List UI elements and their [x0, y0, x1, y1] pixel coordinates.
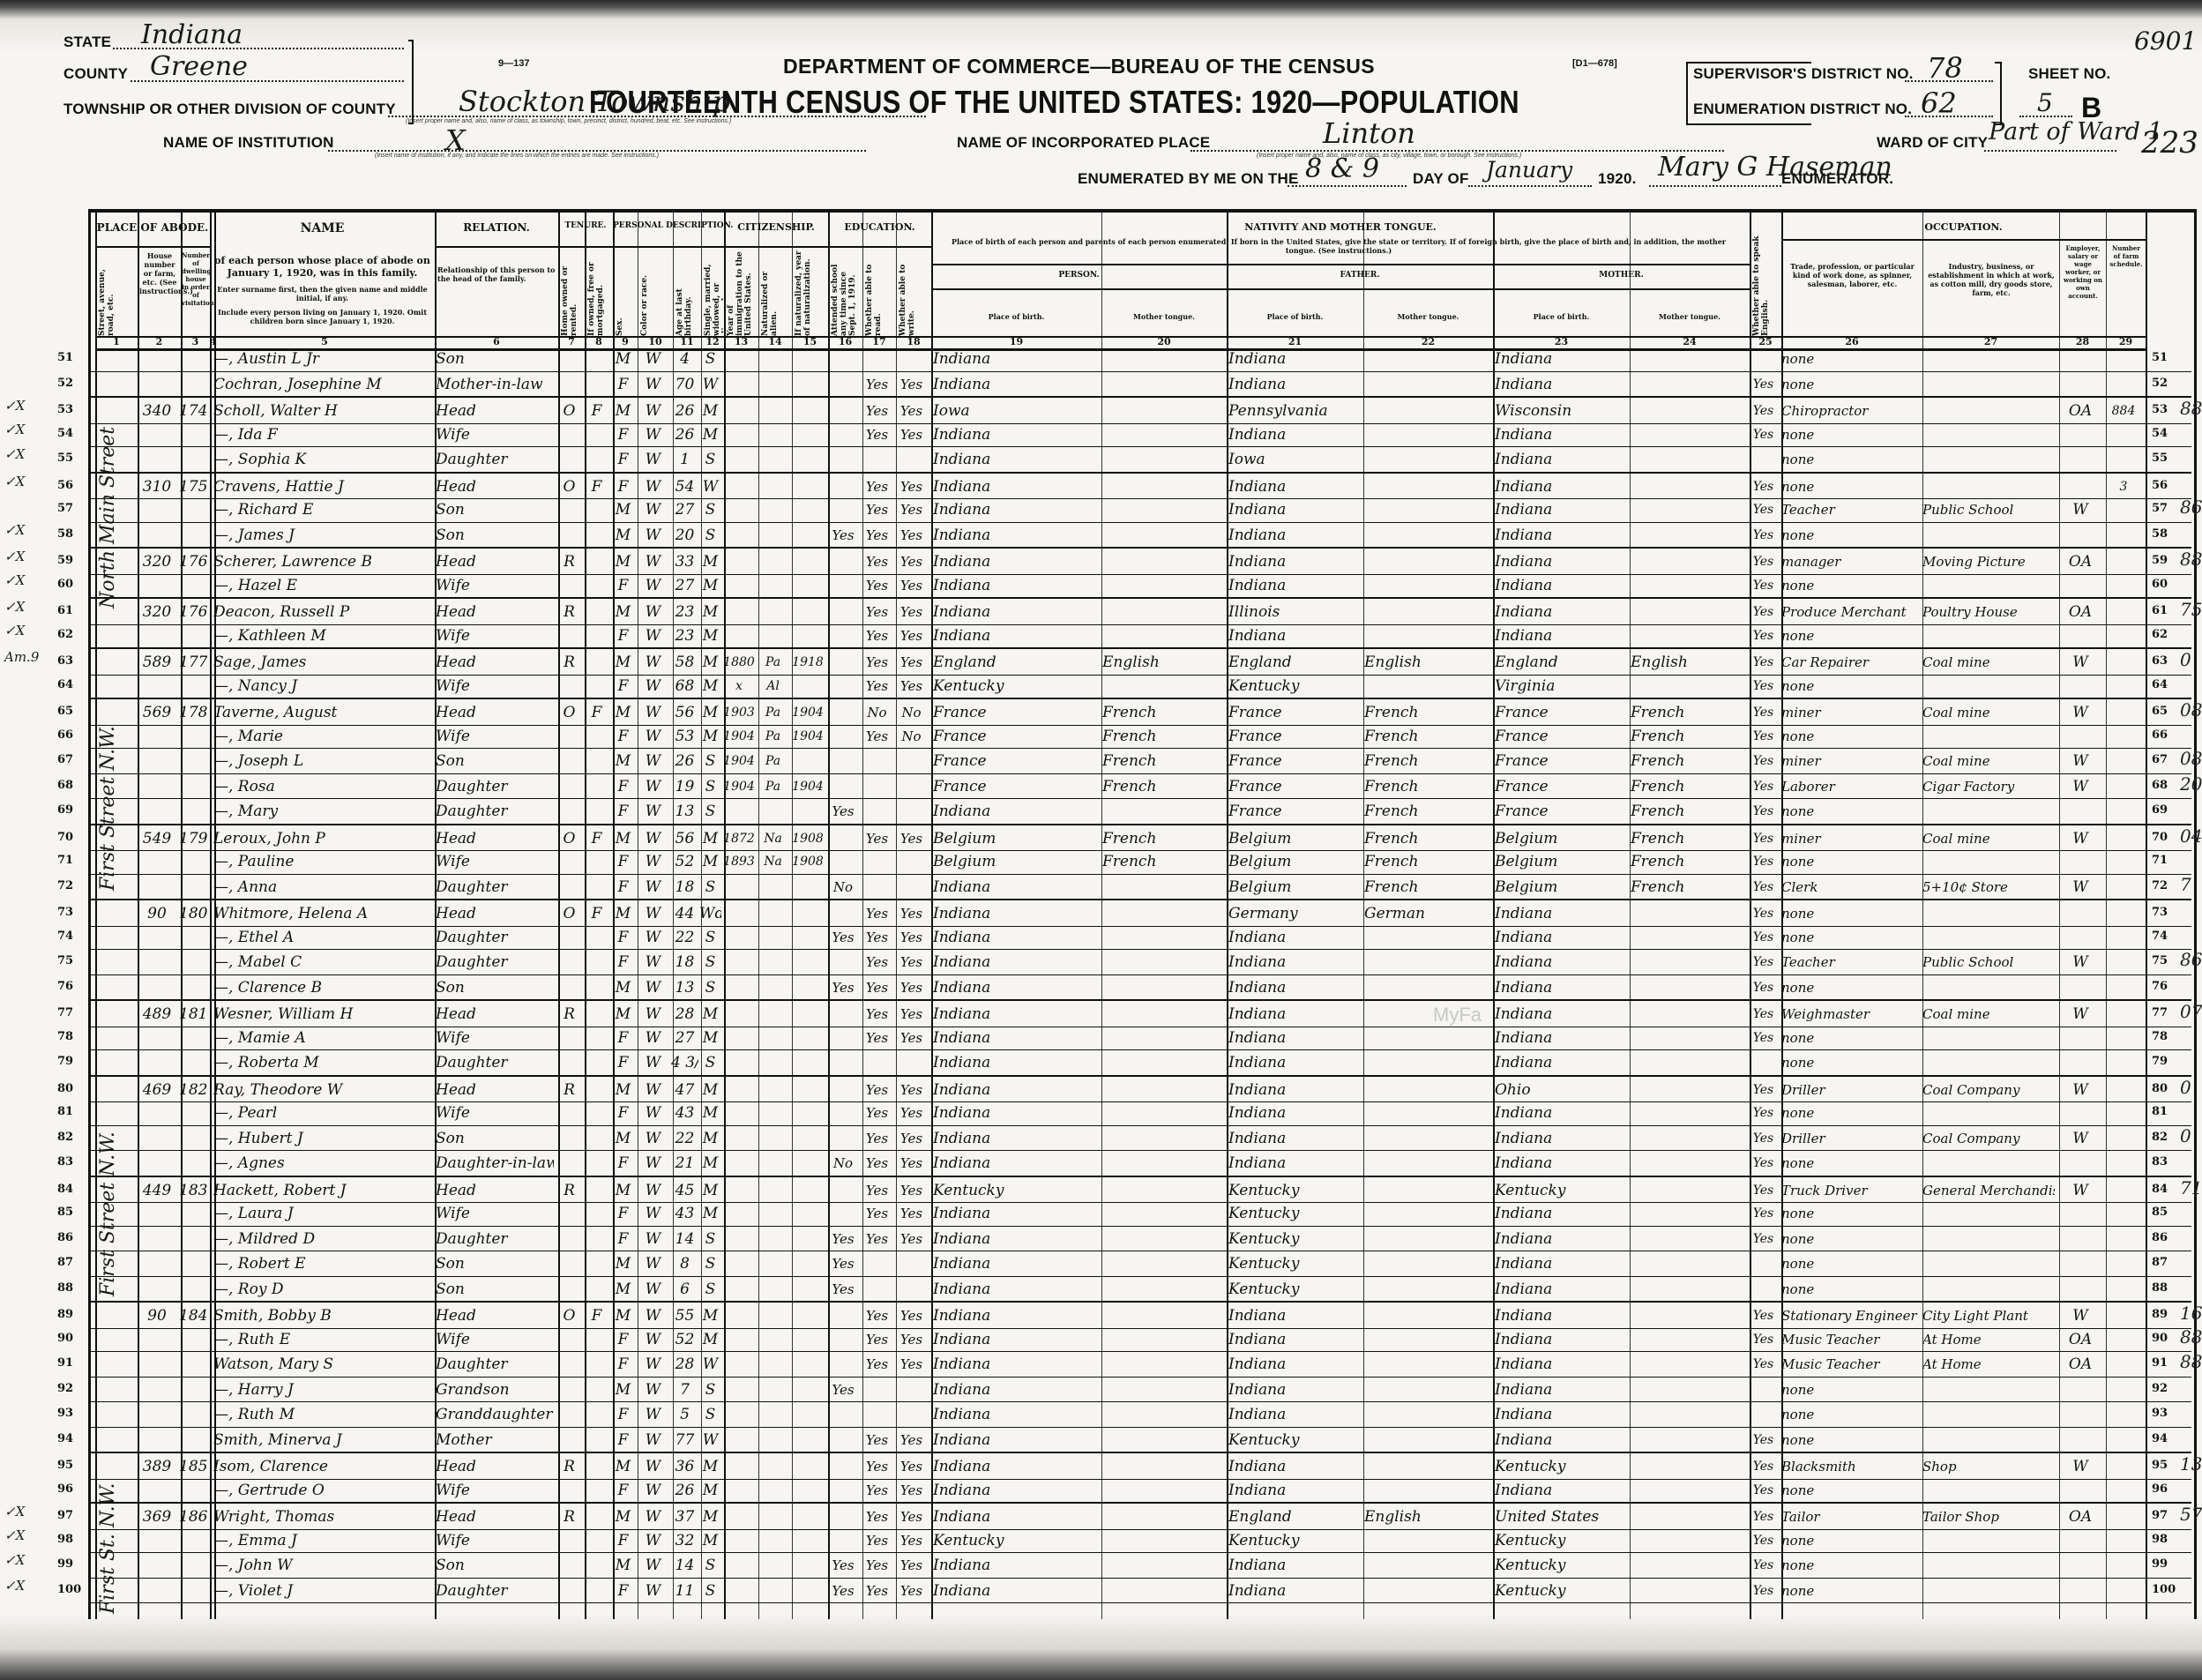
person-name: —, Agnes: [213, 1153, 430, 1174]
mother-birthplace: Indiana: [1495, 625, 1625, 646]
sex: F: [611, 1228, 635, 1250]
person-birthplace: France: [933, 776, 1097, 797]
speaks-english: Yes: [1748, 927, 1779, 948]
attended-school: Yes: [826, 801, 860, 822]
line-number-right: 97: [2152, 1509, 2168, 1522]
margin-note: 88: [2180, 398, 2202, 419]
relation: Wife: [436, 726, 554, 747]
enumerator-label: ENUMERATOR.: [1781, 170, 1893, 188]
line-number-right: 99: [2152, 1557, 2168, 1571]
marital-status: S: [699, 499, 721, 520]
line-number-right: 84: [2152, 1183, 2168, 1196]
can-read: Yes: [861, 1329, 893, 1350]
industry: Cigar Factory: [1922, 776, 2055, 797]
line-number-left: 81: [57, 1105, 73, 1118]
mother-birthplace: Indiana: [1495, 449, 1625, 470]
line-number-left: 64: [57, 678, 73, 691]
father-birthplace: Indiana: [1228, 1580, 1359, 1602]
relation: Head: [436, 476, 554, 497]
person-name: —, Richard E: [213, 499, 430, 520]
can-write: Yes: [894, 1430, 929, 1451]
race: W: [636, 676, 670, 697]
speaks-english: Yes: [1748, 476, 1779, 497]
table-row: 83 —, Agnes Daughter-in-law F W 21 M No …: [88, 1150, 2191, 1176]
occupation: Music Teacher: [1781, 1329, 1918, 1350]
enumeration-district-value: 62: [1921, 86, 1957, 120]
line-number-left: 59: [57, 554, 73, 567]
employer-class: W: [2057, 702, 2103, 723]
house-number: 369: [137, 1506, 177, 1527]
occupation: none: [1781, 1580, 1918, 1602]
marital-status: S: [699, 1555, 721, 1576]
person-birthplace: Indiana: [933, 1228, 1097, 1250]
margin-check-mark: ✓X: [4, 522, 25, 538]
mother-birthplace: Indiana: [1495, 601, 1625, 623]
header-naturalization-year: If naturalized, year of naturalization.: [795, 250, 827, 336]
occupation: manager: [1781, 551, 1918, 572]
employer-class: OA: [2057, 551, 2103, 572]
tenure: R: [556, 1004, 582, 1025]
person-name: Scholl, Walter H: [213, 400, 430, 422]
dwelling-number: 176: [179, 551, 207, 572]
occupation: none: [1781, 1379, 1918, 1400]
person-birthplace: Indiana: [933, 801, 1097, 822]
age: 7: [671, 1379, 698, 1400]
person-birthplace: Indiana: [933, 1430, 1097, 1451]
can-read: Yes: [861, 1203, 893, 1224]
relation: Son: [436, 499, 554, 520]
race: W: [636, 1430, 670, 1451]
naturalized: Na: [757, 828, 789, 849]
can-read: Yes: [861, 625, 893, 646]
can-read: Yes: [861, 1102, 893, 1124]
relation: Head: [436, 601, 554, 623]
line-number-left: 78: [57, 1030, 73, 1043]
speaks-english: Yes: [1748, 1153, 1779, 1174]
can-write: Yes: [894, 1102, 929, 1124]
group-name: NAME: [210, 221, 435, 235]
relation: Son: [436, 750, 554, 772]
immigration-year: 1903: [722, 702, 756, 723]
immigration-year: 1880: [722, 652, 756, 673]
line-number-right: 60: [2152, 578, 2168, 591]
industry: Public School: [1922, 952, 2055, 973]
age: 70: [671, 374, 698, 395]
state-label: STATE: [63, 34, 111, 51]
state-value: Indiana: [141, 19, 243, 50]
person-name: —, Mamie A: [213, 1027, 430, 1049]
relation: Head: [436, 1305, 554, 1326]
group-citizenship: CITIZENSHIP.: [724, 221, 828, 233]
age: 6: [671, 1279, 698, 1300]
person-birthplace: Indiana: [933, 952, 1097, 973]
marital-status: S: [699, 1279, 721, 1300]
township-label: TOWNSHIP OR OTHER DIVISION OF COUNTY: [63, 101, 396, 118]
mother-birthplace: Kentucky: [1495, 1555, 1625, 1576]
race: W: [636, 449, 670, 470]
race: W: [636, 851, 670, 872]
line-number-left: 61: [57, 604, 73, 617]
header-mother-tongue: Mother tongue.: [1630, 311, 1750, 322]
speaks-english: Yes: [1748, 877, 1779, 898]
race: W: [636, 601, 670, 623]
dwelling-number: 178: [179, 702, 207, 723]
line-number-left: 80: [57, 1082, 73, 1095]
line-number-left: 82: [57, 1131, 73, 1144]
header-industry: Industry, business, or establishment in …: [1925, 262, 2057, 297]
header-street: Street, avenue, road, etc.: [98, 250, 137, 336]
mother-birthplace: Indiana: [1495, 1430, 1625, 1451]
speaks-english: Yes: [1748, 1329, 1779, 1350]
person-birthplace: Indiana: [933, 476, 1097, 497]
mother-birthplace: Indiana: [1495, 1004, 1625, 1025]
person-name: —, Ruth E: [213, 1329, 430, 1350]
industry: Moving Picture: [1922, 551, 2055, 572]
father-birthplace: Indiana: [1228, 1404, 1359, 1425]
person-birthplace: Indiana: [933, 575, 1097, 596]
sex: F: [611, 1580, 635, 1602]
margin-note: 75: [2180, 599, 2202, 620]
census-title: FOURTEENTH CENSUS OF THE UNITED STATES: …: [589, 84, 1519, 121]
table-row: 78 —, Mamie A Wife F W 27 M Yes Yes Indi…: [88, 1025, 2191, 1051]
dwelling-number: 186: [179, 1506, 207, 1527]
industry: Coal mine: [1922, 652, 2055, 673]
group-education: EDUCATION.: [828, 221, 931, 233]
age: 22: [671, 1128, 698, 1149]
house-number: 389: [137, 1456, 177, 1477]
dwelling-number: 182: [179, 1079, 207, 1101]
can-write: Yes: [894, 952, 929, 973]
relation: Daughter: [436, 449, 554, 470]
speaks-english: Yes: [1748, 952, 1779, 973]
industry: Public School: [1922, 499, 2055, 520]
marital-status: S: [699, 1228, 721, 1250]
free-mortgaged: F: [583, 903, 610, 924]
group-person: PERSON.: [931, 271, 1227, 280]
speaks-english: Yes: [1748, 750, 1779, 772]
father-birthplace: Kentucky: [1228, 676, 1359, 697]
race: W: [636, 1102, 670, 1124]
marital-status: M: [699, 1102, 721, 1124]
speaks-english: Yes: [1748, 676, 1779, 697]
house-number: 469: [137, 1079, 177, 1101]
occupation: Teacher: [1781, 952, 1918, 973]
employer-class: W: [2057, 828, 2103, 849]
person-birthplace: Indiana: [933, 903, 1097, 924]
table-row: 85 —, Laura J Wife F W 43 M Yes Yes Indi…: [88, 1200, 2191, 1227]
employer-class: W: [2057, 1305, 2103, 1326]
employer-class: W: [2057, 1128, 2103, 1149]
industry: 5+10¢ Store: [1922, 877, 2055, 898]
table-row: 57 —, Richard E Son M W 27 S Yes Yes Ind…: [88, 497, 2191, 523]
group-occupation: OCCUPATION.: [1781, 221, 2146, 233]
line-number-right: 72: [2152, 879, 2168, 892]
employer-class: W: [2057, 750, 2103, 772]
header-house-number: House number or farm, etc. (See instruct…: [139, 251, 180, 295]
father-birthplace: France: [1228, 726, 1359, 747]
person-name: —, Pauline: [213, 851, 430, 872]
table-row: 59 ✓X 320 176 Scherer, Lawrence B Head R…: [88, 547, 2191, 575]
father-birthplace: Indiana: [1228, 1354, 1359, 1375]
line-number-left: 90: [57, 1332, 73, 1345]
county-value: Greene: [150, 51, 248, 82]
relation: Head: [436, 702, 554, 723]
person-name: Sage, James: [213, 652, 430, 673]
sex: F: [611, 927, 635, 948]
table-row: 66 —, Marie Wife F W 53 M 1904 Pa 1904 Y…: [88, 723, 2191, 750]
margin-note: 88: [2180, 1326, 2202, 1348]
can-read: Yes: [861, 1128, 893, 1149]
age: 43: [671, 1203, 698, 1224]
header-father-tongue: Mother tongue.: [1363, 311, 1493, 322]
mother-mother-tongue: French: [1631, 801, 1745, 822]
industry: Coal mine: [1922, 828, 2055, 849]
ward-value: Part of Ward 1: [1989, 118, 2163, 146]
dwelling-number: 181: [179, 1004, 207, 1025]
line-number-right: 67: [2152, 753, 2168, 766]
father-birthplace: France: [1228, 801, 1359, 822]
dwelling-number: 180: [179, 903, 207, 924]
sex: F: [611, 575, 635, 596]
person-name: Deacon, Russell P: [213, 601, 430, 623]
person-birthplace: Indiana: [933, 348, 1097, 370]
speaks-english: Yes: [1748, 1354, 1779, 1375]
industry: Coal mine: [1922, 1004, 2055, 1025]
father-birthplace: Kentucky: [1228, 1180, 1359, 1201]
father-birthplace: Indiana: [1228, 575, 1359, 596]
line-number-left: 91: [57, 1356, 73, 1370]
line-number-right: 61: [2152, 604, 2168, 617]
institution-note: (Insert name of institution, if any, and…: [375, 153, 659, 159]
relation: Wife: [436, 575, 554, 596]
can-read: Yes: [861, 1480, 893, 1501]
mother-birthplace: Indiana: [1495, 1052, 1625, 1073]
table-row: 76 —, Clarence B Son M W 13 S Yes Yes Ye…: [88, 974, 2191, 1001]
occupation: none: [1781, 903, 1918, 924]
race: W: [636, 776, 670, 797]
can-read: Yes: [861, 1456, 893, 1477]
marital-status: M: [699, 551, 721, 572]
occupation: none: [1781, 1253, 1918, 1274]
house-number: 549: [137, 828, 177, 849]
can-write: Yes: [894, 977, 929, 998]
age: 52: [671, 851, 698, 872]
person-name: —, Roberta M: [213, 1052, 430, 1073]
marital-status: M: [699, 1329, 721, 1350]
occupation: none: [1781, 1203, 1918, 1224]
race: W: [636, 1153, 670, 1174]
sex: M: [611, 1555, 635, 1576]
person-birthplace: Indiana: [933, 424, 1097, 445]
occupation: Teacher: [1781, 499, 1918, 520]
tenure: R: [556, 1079, 582, 1101]
line-number-left: 96: [57, 1482, 73, 1496]
margin-check-mark: ✓X: [4, 1527, 25, 1543]
house-number: 90: [137, 903, 177, 924]
race: W: [636, 1128, 670, 1149]
marital-status: S: [699, 1580, 721, 1602]
margin-check-mark: ✓X: [4, 1504, 25, 1519]
person-birthplace: England: [933, 652, 1097, 673]
table-row: 77 489 181 Wesner, William H Head R M W …: [88, 999, 2191, 1027]
occupation: Stationary Engineer: [1781, 1305, 1918, 1326]
occupation: miner: [1781, 702, 1918, 723]
person-mother-tongue: French: [1102, 750, 1222, 772]
can-write: Yes: [894, 551, 929, 572]
mother-birthplace: Belgium: [1495, 828, 1625, 849]
line-number-left: 95: [57, 1459, 73, 1472]
line-number-left: 79: [57, 1055, 73, 1068]
mother-birthplace: England: [1495, 652, 1625, 673]
person-name: —, Hubert J: [213, 1128, 430, 1149]
father-birthplace: Indiana: [1228, 374, 1359, 395]
table-row: 82 —, Hubert J Son M W 22 M Yes Yes Indi…: [88, 1125, 2191, 1152]
race: W: [636, 801, 670, 822]
relation: Wife: [436, 676, 554, 697]
person-birthplace: Indiana: [933, 551, 1097, 572]
sex: F: [611, 851, 635, 872]
naturalization-year: 1908: [790, 851, 825, 872]
naturalized: Na: [757, 851, 789, 872]
mother-birthplace: Indiana: [1495, 499, 1625, 520]
father-birthplace: Pennsylvania: [1228, 400, 1359, 422]
ward-label: WARD OF CITY: [1877, 134, 1988, 152]
age: 68: [671, 676, 698, 697]
occupation: none: [1781, 1228, 1918, 1250]
enumerator-line: [1649, 185, 1781, 187]
person-name: Scherer, Lawrence B: [213, 551, 430, 572]
father-mother-tongue: French: [1364, 776, 1489, 797]
enumerated-label: ENUMERATED BY ME ON THE: [1078, 170, 1299, 188]
margin-check-mark: ✓X: [4, 398, 25, 414]
line-number-right: 95: [2152, 1459, 2168, 1472]
line-number-left: 66: [57, 728, 73, 742]
speaks-english: Yes: [1748, 977, 1779, 998]
line-number-left: 68: [57, 779, 73, 792]
table-row: 96 —, Gertrude O Wife F W 26 M Yes Yes I…: [88, 1477, 2191, 1504]
header-write: Whether able to write.: [899, 250, 930, 336]
table-row: 91 Watson, Mary S Daughter F W 28 W Yes …: [88, 1351, 2191, 1378]
relation: Wife: [436, 851, 554, 872]
person-name: —, Mary: [213, 801, 430, 822]
father-birthplace: Belgium: [1228, 828, 1359, 849]
margin-note: 13: [2180, 1453, 2202, 1475]
marital-status: S: [699, 1379, 721, 1400]
relation: Granddaughter: [436, 1404, 554, 1425]
age: 54: [671, 476, 698, 497]
header-father-pob: Place of birth.: [1227, 311, 1363, 322]
mother-birthplace: Indiana: [1495, 1329, 1625, 1350]
table-row: 73 90 180 Whitmore, Helena A Head O F M …: [88, 899, 2191, 927]
incorporated-place-note: (Insert proper name and, also, name of c…: [1257, 153, 1521, 159]
can-read: Yes: [861, 525, 893, 546]
occupation: none: [1781, 348, 1918, 370]
person-birthplace: Indiana: [933, 1555, 1097, 1576]
father-birthplace: Indiana: [1228, 952, 1359, 973]
person-name: Watson, Mary S: [213, 1354, 430, 1375]
father-birthplace: Kentucky: [1228, 1279, 1359, 1300]
can-read: Yes: [861, 952, 893, 973]
race: W: [636, 652, 670, 673]
sex: M: [611, 499, 635, 520]
race: W: [636, 1506, 670, 1527]
sex: M: [611, 348, 635, 370]
naturalization-year: 1904: [790, 776, 825, 797]
person-name: Ray, Theodore W: [213, 1079, 430, 1101]
relation: Mother: [436, 1430, 554, 1451]
naturalized: Pa: [757, 750, 789, 772]
race: W: [636, 1079, 670, 1101]
speaks-english: Yes: [1748, 499, 1779, 520]
person-birthplace: Indiana: [933, 1379, 1097, 1400]
can-write: Yes: [894, 652, 929, 673]
race: W: [636, 977, 670, 998]
can-write: Yes: [894, 1555, 929, 1576]
header-read: Whether able to read.: [865, 250, 895, 336]
occupation: miner: [1781, 828, 1918, 849]
mother-birthplace: Kentucky: [1495, 1456, 1625, 1477]
mother-birthplace: Kentucky: [1495, 1180, 1625, 1201]
occupation: none: [1781, 1102, 1918, 1124]
speaks-english: Yes: [1748, 1004, 1779, 1025]
header-trade: Trade, profession, or particular kind of…: [1784, 262, 1921, 288]
marital-status: M: [699, 1530, 721, 1551]
occupation: none: [1781, 625, 1918, 646]
age: 4 3/12: [671, 1052, 698, 1073]
father-birthplace: Indiana: [1228, 977, 1359, 998]
person-birthplace: Indiana: [933, 449, 1097, 470]
occupation: Laborer: [1781, 776, 1918, 797]
line-number-right: 88: [2152, 1281, 2168, 1295]
relation: Head: [436, 1004, 554, 1025]
marital-status: S: [699, 525, 721, 546]
line-number-left: 62: [57, 628, 73, 641]
can-write: Yes: [894, 525, 929, 546]
attended-school: No: [826, 877, 860, 898]
person-name: —, Hazel E: [213, 575, 430, 596]
father-birthplace: Indiana: [1228, 927, 1359, 948]
speaks-english: Yes: [1748, 1456, 1779, 1477]
age: 18: [671, 877, 698, 898]
industry: At Home: [1922, 1329, 2055, 1350]
person-name: Leroux, John P: [213, 828, 430, 849]
age: 13: [671, 801, 698, 822]
supervisor-district-label: SUPERVISOR'S DISTRICT NO.: [1693, 65, 1914, 83]
father-birthplace: Indiana: [1228, 1079, 1359, 1101]
person-birthplace: France: [933, 750, 1097, 772]
relation: Head: [436, 1456, 554, 1477]
speaks-english: Yes: [1748, 525, 1779, 546]
line-number-right: 98: [2152, 1533, 2168, 1546]
line-number-left: 89: [57, 1308, 73, 1321]
occupation: none: [1781, 1027, 1918, 1049]
relation: Head: [436, 400, 554, 422]
marital-status: S: [699, 1253, 721, 1274]
line-number-left: 99: [57, 1557, 73, 1571]
relation: Head: [436, 652, 554, 673]
mother-birthplace: Indiana: [1495, 424, 1625, 445]
race: W: [636, 424, 670, 445]
industry: Coal Company: [1922, 1128, 2055, 1149]
marital-status: M: [699, 1305, 721, 1326]
line-number-right: 80: [2152, 1082, 2168, 1095]
employer-class: W: [2057, 877, 2103, 898]
person-birthplace: Indiana: [933, 525, 1097, 546]
table-row: 62 ✓X —, Kathleen M Wife F W 23 M Yes Ye…: [88, 623, 2191, 649]
father-mother-tongue: French: [1364, 828, 1489, 849]
tenure: R: [556, 1180, 582, 1201]
speaks-english: Yes: [1748, 1027, 1779, 1049]
